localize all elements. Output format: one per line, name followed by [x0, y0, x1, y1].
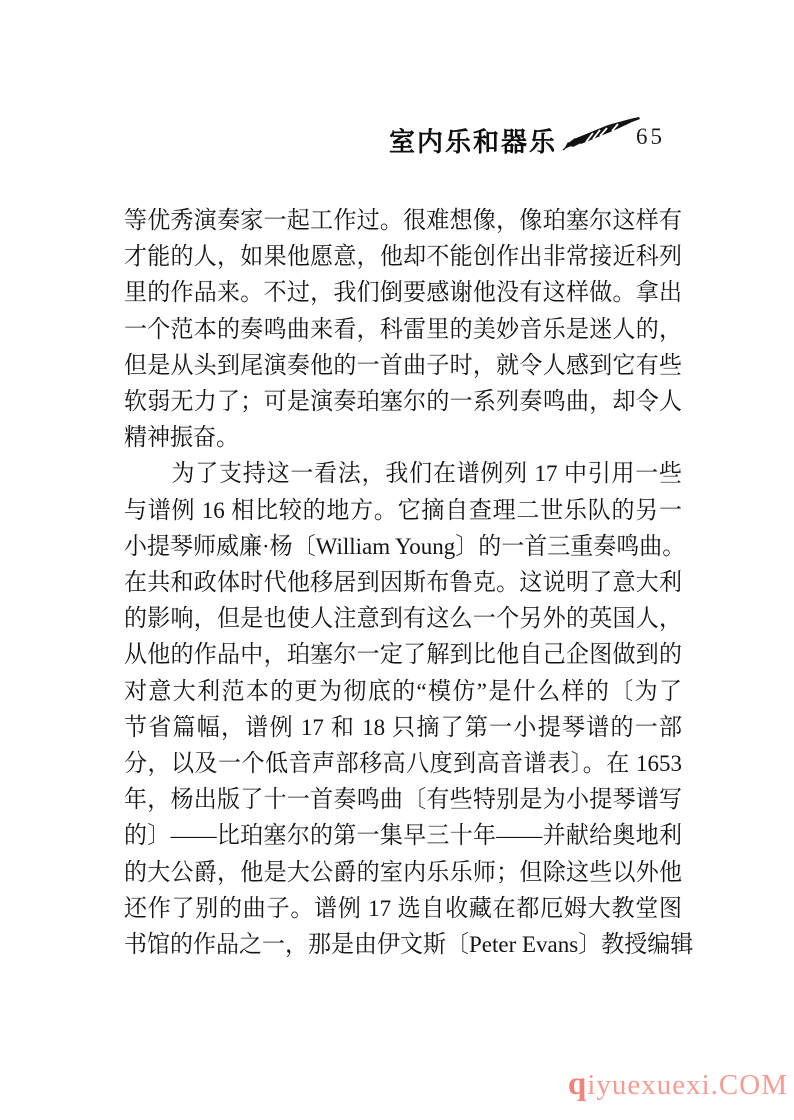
text-line: 为了支持这一看法，我们在谱例列 17 中引用一些 [124, 455, 682, 492]
text-line: 在共和政体时代他移居到因斯布鲁克。这说明了意大利 [124, 564, 682, 601]
page-number: 65 [636, 124, 665, 150]
text-line: 从他的作品中，珀塞尔一定了解到比他自己企图做到的 [124, 636, 682, 673]
watermark-text: qiyuexuexi.COM [568, 1066, 788, 1103]
text-line: 里的作品来。不过，我们倒要感谢他没有这样做。拿出 [124, 274, 682, 311]
scanned-book-page: 室内乐和器乐 65 等优秀演奏 [0, 0, 794, 1120]
text-line: 对意大利范本的更为彻底的“模仿”是什么样的〔为了 [124, 673, 682, 710]
text-line: 年，杨出版了十一首奏鸣曲〔有些特别是为小提琴谱写 [124, 781, 682, 818]
chapter-title: 室内乐和器乐 [389, 122, 557, 160]
pen-icon [560, 116, 644, 156]
text-line: 才能的人，如果他愿意，他却不能创作出非常接近科列 [124, 238, 682, 275]
running-header: 室内乐和器乐 65 [0, 118, 794, 158]
text-line: 分，以及一个低音声部移高八度到高音谱表〕。在 1653 [124, 745, 682, 782]
body-text: 等优秀演奏家一起工作过。很难想像，像珀塞尔这样有 才能的人，如果他愿意，他却不能… [124, 202, 682, 962]
text-line: 等优秀演奏家一起工作过。很难想像，像珀塞尔这样有 [124, 202, 682, 239]
text-line: 节省篇幅，谱例 17 和 18 只摘了第一小提琴谱的一部 [124, 709, 682, 746]
text-line: 但是从头到尾演奏他的一首曲子时，就令人感到它有些 [124, 347, 682, 384]
text-line: 的大公爵，他是大公爵的室内乐乐师；但除这些以外他 [124, 854, 682, 891]
text-line: 书馆的作品之一，那是由伊文斯〔Peter Evans〕教授编辑 [124, 926, 682, 963]
text-line: 一个范本的奏鸣曲来看，科雷里的美妙音乐是迷人的， [124, 311, 682, 348]
text-line: 还作了别的曲子。谱例 17 选自收藏在都厄姆大教堂图 [124, 890, 682, 927]
text-line: 精神振奋。 [124, 419, 682, 456]
text-line: 的〕——比珀塞尔的第一集早三十年——并献给奥地利 [124, 817, 682, 854]
text-line: 软弱无力了；可是演奏珀塞尔的一系列奏鸣曲，却令人 [124, 383, 682, 420]
text-line: 的影响，但是也使人注意到有这么一个另外的英国人， [124, 600, 682, 637]
text-line: 小提琴师威廉·杨〔William Young〕的一首三重奏鸣曲。 [124, 528, 682, 565]
text-line: 与谱例 16 相比较的地方。它摘自查理二世乐队的另一 [124, 492, 682, 529]
